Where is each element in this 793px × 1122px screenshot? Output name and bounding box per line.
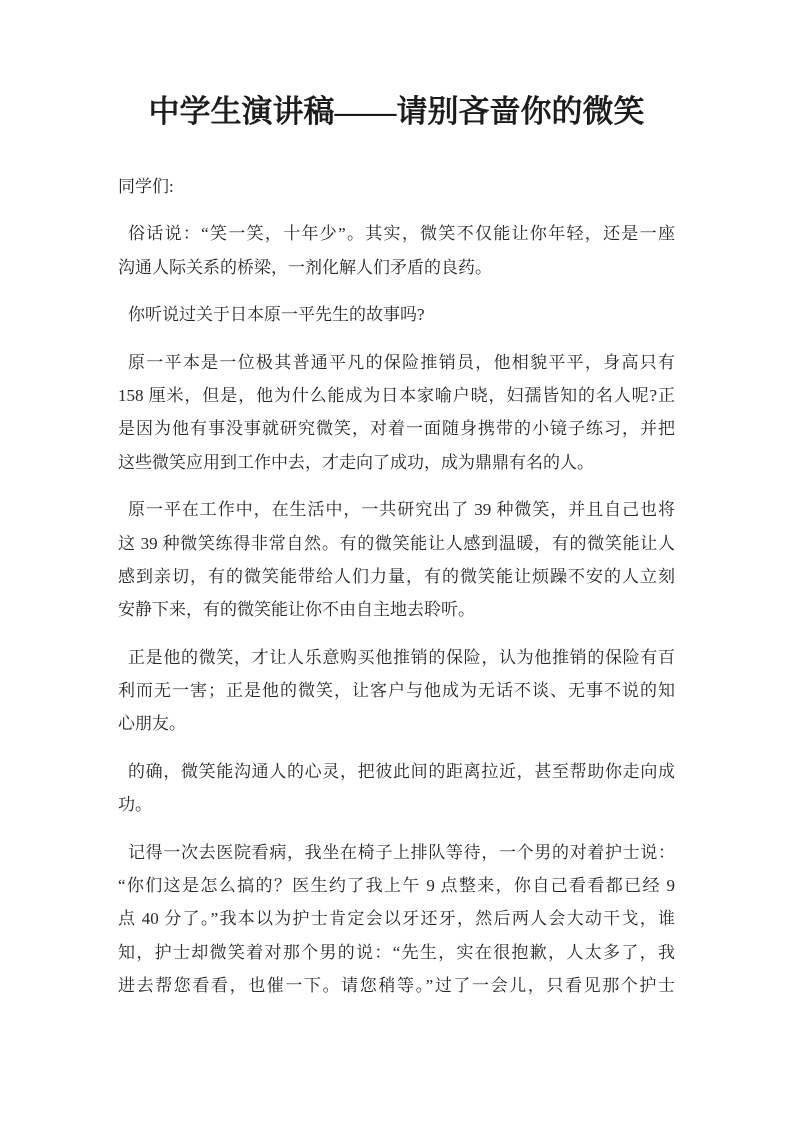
text-line: 同学们: bbox=[118, 170, 675, 203]
paragraph-his-smile: 正是他的微笑，才让人乐意购买他推销的保险，认为他推销的保险有百 利而无一害；正是… bbox=[118, 641, 675, 741]
document-page: 中学生演讲稿——请别吝啬你的微笑 同学们: 俗话说：“笑一笑，十年少”。其实，微… bbox=[0, 0, 793, 1122]
paragraph-39-smiles: 原一平在工作中，在生活中，一共研究出了 39 种微笑，并且自己也将 这 39 种… bbox=[118, 493, 675, 627]
text-line: 心朋友。 bbox=[118, 707, 675, 740]
text-line: 感到亲切，有的微笑能带给人们力量，有的微笑能让烦躁不安的人立刻 bbox=[118, 560, 675, 593]
text-line: 利而无一害；正是他的微笑，让客户与他成为无话不谈、无事不说的知 bbox=[118, 674, 675, 707]
text-line: 这些微笑应用到工作中去，才走向了成功，成为鼎鼎有名的人。 bbox=[118, 446, 675, 479]
paragraph-hara-intro: 原一平本是一位极其普通平凡的保险推销员，他相貌平平，身高只有 158 厘米，但是… bbox=[118, 346, 675, 480]
text-line: 的确，微笑能沟通人的心灵，把彼此间的距离拉近，甚至帮助你走向成 bbox=[118, 755, 675, 788]
paragraph-question: 你听说过关于日本原一平先生的故事吗? bbox=[118, 298, 675, 331]
text-line: 这 39 种微笑练得非常自然。有的微笑能让人感到温暖，有的微笑能让人 bbox=[118, 527, 675, 560]
text-line: 进去帮您看看，也催一下。请您稍等。”过了一会儿，只看见那个护士 bbox=[118, 969, 675, 1002]
text-line: 原一平本是一位极其普通平凡的保险推销员，他相貌平平，身高只有 bbox=[118, 346, 675, 379]
text-line: “你们这是怎么搞的？医生约了我上午 9 点整来，你自己看看都已经 9 bbox=[118, 869, 675, 902]
text-line: 158 厘米，但是，他为什么能成为日本家喻户晓，妇孺皆知的名人呢?正 bbox=[118, 379, 675, 412]
text-line: 记得一次去医院看病，我坐在椅子上排队等待，一个男的对着护士说： bbox=[118, 836, 675, 869]
page-title: 中学生演讲稿——请别吝啬你的微笑 bbox=[118, 90, 675, 133]
text-line: 是因为他有事没事就研究微笑，对着一面随身携带的小镜子练习，并把 bbox=[118, 412, 675, 445]
text-line: 你听说过关于日本原一平先生的故事吗? bbox=[118, 298, 675, 331]
paragraph-proverb: 俗话说：“笑一笑，十年少”。其实，微笑不仅能让你年轻，还是一座 沟通人际关系的桥… bbox=[118, 217, 675, 284]
text-line: 知，护士却微笑着对那个男的说：“先生，实在很抱歉，人太多了，我 bbox=[118, 936, 675, 969]
text-line: 正是他的微笑，才让人乐意购买他推销的保险，认为他推销的保险有百 bbox=[118, 641, 675, 674]
paragraph-hospital-story: 记得一次去医院看病，我坐在椅子上排队等待，一个男的对着护士说： “你们这是怎么搞… bbox=[118, 836, 675, 1003]
text-line: 点 40 分了。”我本以为护士肯定会以牙还牙，然后两人会大动干戈，谁 bbox=[118, 902, 675, 935]
text-line: 原一平在工作中，在生活中，一共研究出了 39 种微笑，并且自己也将 bbox=[118, 493, 675, 526]
document-content: 中学生演讲稿——请别吝啬你的微笑 同学们: 俗话说：“笑一笑，十年少”。其实，微… bbox=[118, 0, 675, 1017]
paragraph-indeed: 的确，微笑能沟通人的心灵，把彼此间的距离拉近，甚至帮助你走向成 功。 bbox=[118, 755, 675, 822]
text-line: 沟通人际关系的桥梁，一剂化解人们矛盾的良药。 bbox=[118, 251, 675, 284]
text-line: 俗话说：“笑一笑，十年少”。其实，微笑不仅能让你年轻，还是一座 bbox=[118, 217, 675, 250]
paragraph-salutation: 同学们: bbox=[118, 170, 675, 203]
document-body: 同学们: 俗话说：“笑一笑，十年少”。其实，微笑不仅能让你年轻，还是一座 沟通人… bbox=[118, 170, 675, 1003]
text-line: 安静下来，有的微笑能让你不由自主地去聆听。 bbox=[118, 593, 675, 626]
text-line: 功。 bbox=[118, 788, 675, 821]
